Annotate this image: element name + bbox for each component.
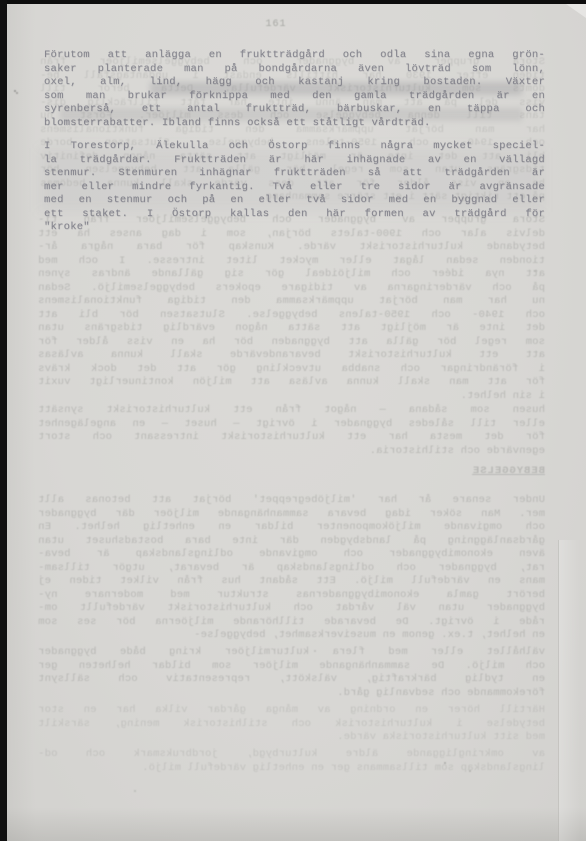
text-line: för att man skall kunna avläsa att miljö… — [38, 376, 545, 390]
text-line: betydelse i kulturhistorisk och stilhist… — [38, 718, 545, 732]
text-line: lingslandskap som tillsammans ger en enh… — [38, 762, 545, 776]
text-line: mer eller mindre fyrkantig. Två eller tr… — [44, 181, 545, 195]
text-line: stenmur. Stenmuren inhägnar fruktträden … — [44, 167, 545, 181]
text-line: av omkringliggande äldre kulturbygd, jor… — [38, 748, 545, 762]
text-line: mer. Man söker idag bevara sammanhängand… — [38, 508, 545, 522]
bleedthrough-block-b: husen som sådana — något från ett kultur… — [38, 404, 545, 458]
bleedthrough-block-e: Härtill hörer en ordning av många gårdar… — [38, 704, 545, 745]
page-number: 161 — [0, 19, 552, 30]
text-line: nu har man börjat uppmärksamma den tidig… — [38, 295, 545, 309]
text-line: det inte är möjligt att sätta någon evär… — [38, 322, 545, 336]
page-edge-line — [558, 540, 580, 841]
text-line: för det mesta har ett kulturhistoriskt i… — [38, 431, 545, 445]
scan-border-top — [0, 0, 586, 4]
page-corner-highlight — [566, 4, 586, 18]
text-line: en helhet, t.ex. genom en museiverksamhe… — [38, 629, 545, 643]
text-line: att ett kulturhistoriskt bevarandevärde … — [38, 349, 545, 363]
text-line: mans en värdefull miljö. Ett sådant hus … — [38, 575, 545, 589]
scan-border-left — [0, 0, 7, 841]
text-line: Förutom att anlägga en fruktträdgård och… — [44, 49, 545, 63]
paper-speckles — [14, 90, 16, 92]
text-line: med en stenmur och på en eller två sidor… — [44, 194, 545, 208]
text-line: blomsterrabatter. Ibland finns också ett… — [44, 117, 545, 131]
text-line: i förändringar och snabba utveckling gör… — [38, 363, 545, 377]
bleedthrough-heading: BEBYGGELSE — [38, 464, 545, 478]
text-line: i sin helhet. — [38, 390, 545, 404]
text-line: råde i övrigt. De bevarade tillhörande m… — [38, 616, 545, 630]
text-line: med sitt kulturhistoriska värde. — [38, 731, 545, 745]
bleedthrough-heading-text: BEBYGGELSE — [472, 465, 545, 477]
text-line: egenvärde och stilhistoria. — [38, 445, 545, 459]
text-line: la trädgårdar. Fruktträden är här inhägn… — [44, 154, 545, 168]
text-line: tionden sedan lågat eller mycket litet i… — [38, 255, 545, 269]
text-line: I Torestorp, Älekulla och Östorp finns n… — [44, 140, 545, 154]
bleedthrough-block-c: Under senare år har 'miljöbegreppet' bör… — [38, 494, 545, 643]
text-line: en tydlig bärkraftig, välskött, represen… — [38, 673, 545, 687]
scanned-page: 161 Stora grupper av byggnader och bebyg… — [0, 0, 586, 841]
text-line: på och värderingarna av tidigare epokers… — [38, 282, 545, 296]
front-paragraph-1: Förutom att anlägga en fruktträdgård och… — [44, 49, 545, 130]
text-line: och miljö. De sammanhängande miljöer som… — [38, 660, 545, 674]
text-line: oxel, alm, lind, hägg och kastanj kring … — [44, 76, 545, 90]
text-line: och omgivande miljökomponenter bildar en… — [38, 521, 545, 535]
text-line: "kroke" — [44, 221, 545, 235]
bleedthrough-block-f: av omkringliggande äldre kulturbygd, jor… — [38, 748, 545, 775]
typewritten-text: Förutom att anlägga en fruktträdgård och… — [44, 49, 545, 245]
text-line: saker planterade man på bondgårdarna äve… — [44, 63, 545, 77]
text-line: att nya idéer och miljöideal gör sig gäl… — [38, 268, 545, 282]
text-line: berört gamla ekonomibyggnadernas struktu… — [38, 589, 545, 603]
text-line: gårdsanläggning på landsbygden där inte … — [38, 535, 545, 549]
text-line: Härtill hörer en ordning av många gårdar… — [38, 704, 545, 718]
text-line: rat, byggnader och odlingslandskap är be… — [38, 562, 545, 576]
text-line: förekommande och sedvanlig gård. — [38, 687, 545, 701]
text-line: som man brukar förknippa med den gamla t… — [44, 90, 545, 104]
text-line: byggnader utan väl vårdat och kulturhist… — [38, 602, 545, 616]
bleedthrough-block-d: välhållet eller med flera kulturmiljöer … — [38, 646, 545, 700]
text-line: eller till således byggnader i övrigt — … — [38, 418, 545, 432]
text-line: ett staket. I Östorp kallas den här form… — [44, 208, 545, 222]
text-line: välhållet eller med flera kulturmiljöer … — [38, 646, 545, 660]
text-line: som regel bör gälla att byggnaden bör ha… — [38, 336, 545, 350]
text-line: husen som sådana — något från ett kultur… — [38, 404, 545, 418]
text-line: även ekonomibyggnader och omgivande odli… — [38, 548, 545, 562]
text-line: och 1940- och 1950-talens bebyggelse. Sl… — [38, 309, 545, 323]
text-line: syrenberså, ett antal fruktträd, bärbusk… — [44, 103, 545, 117]
front-paragraph-2: I Torestorp, Älekulla och Östorp finns n… — [44, 140, 545, 235]
text-line: Under senare år har 'miljöbegreppet' bör… — [38, 494, 545, 508]
